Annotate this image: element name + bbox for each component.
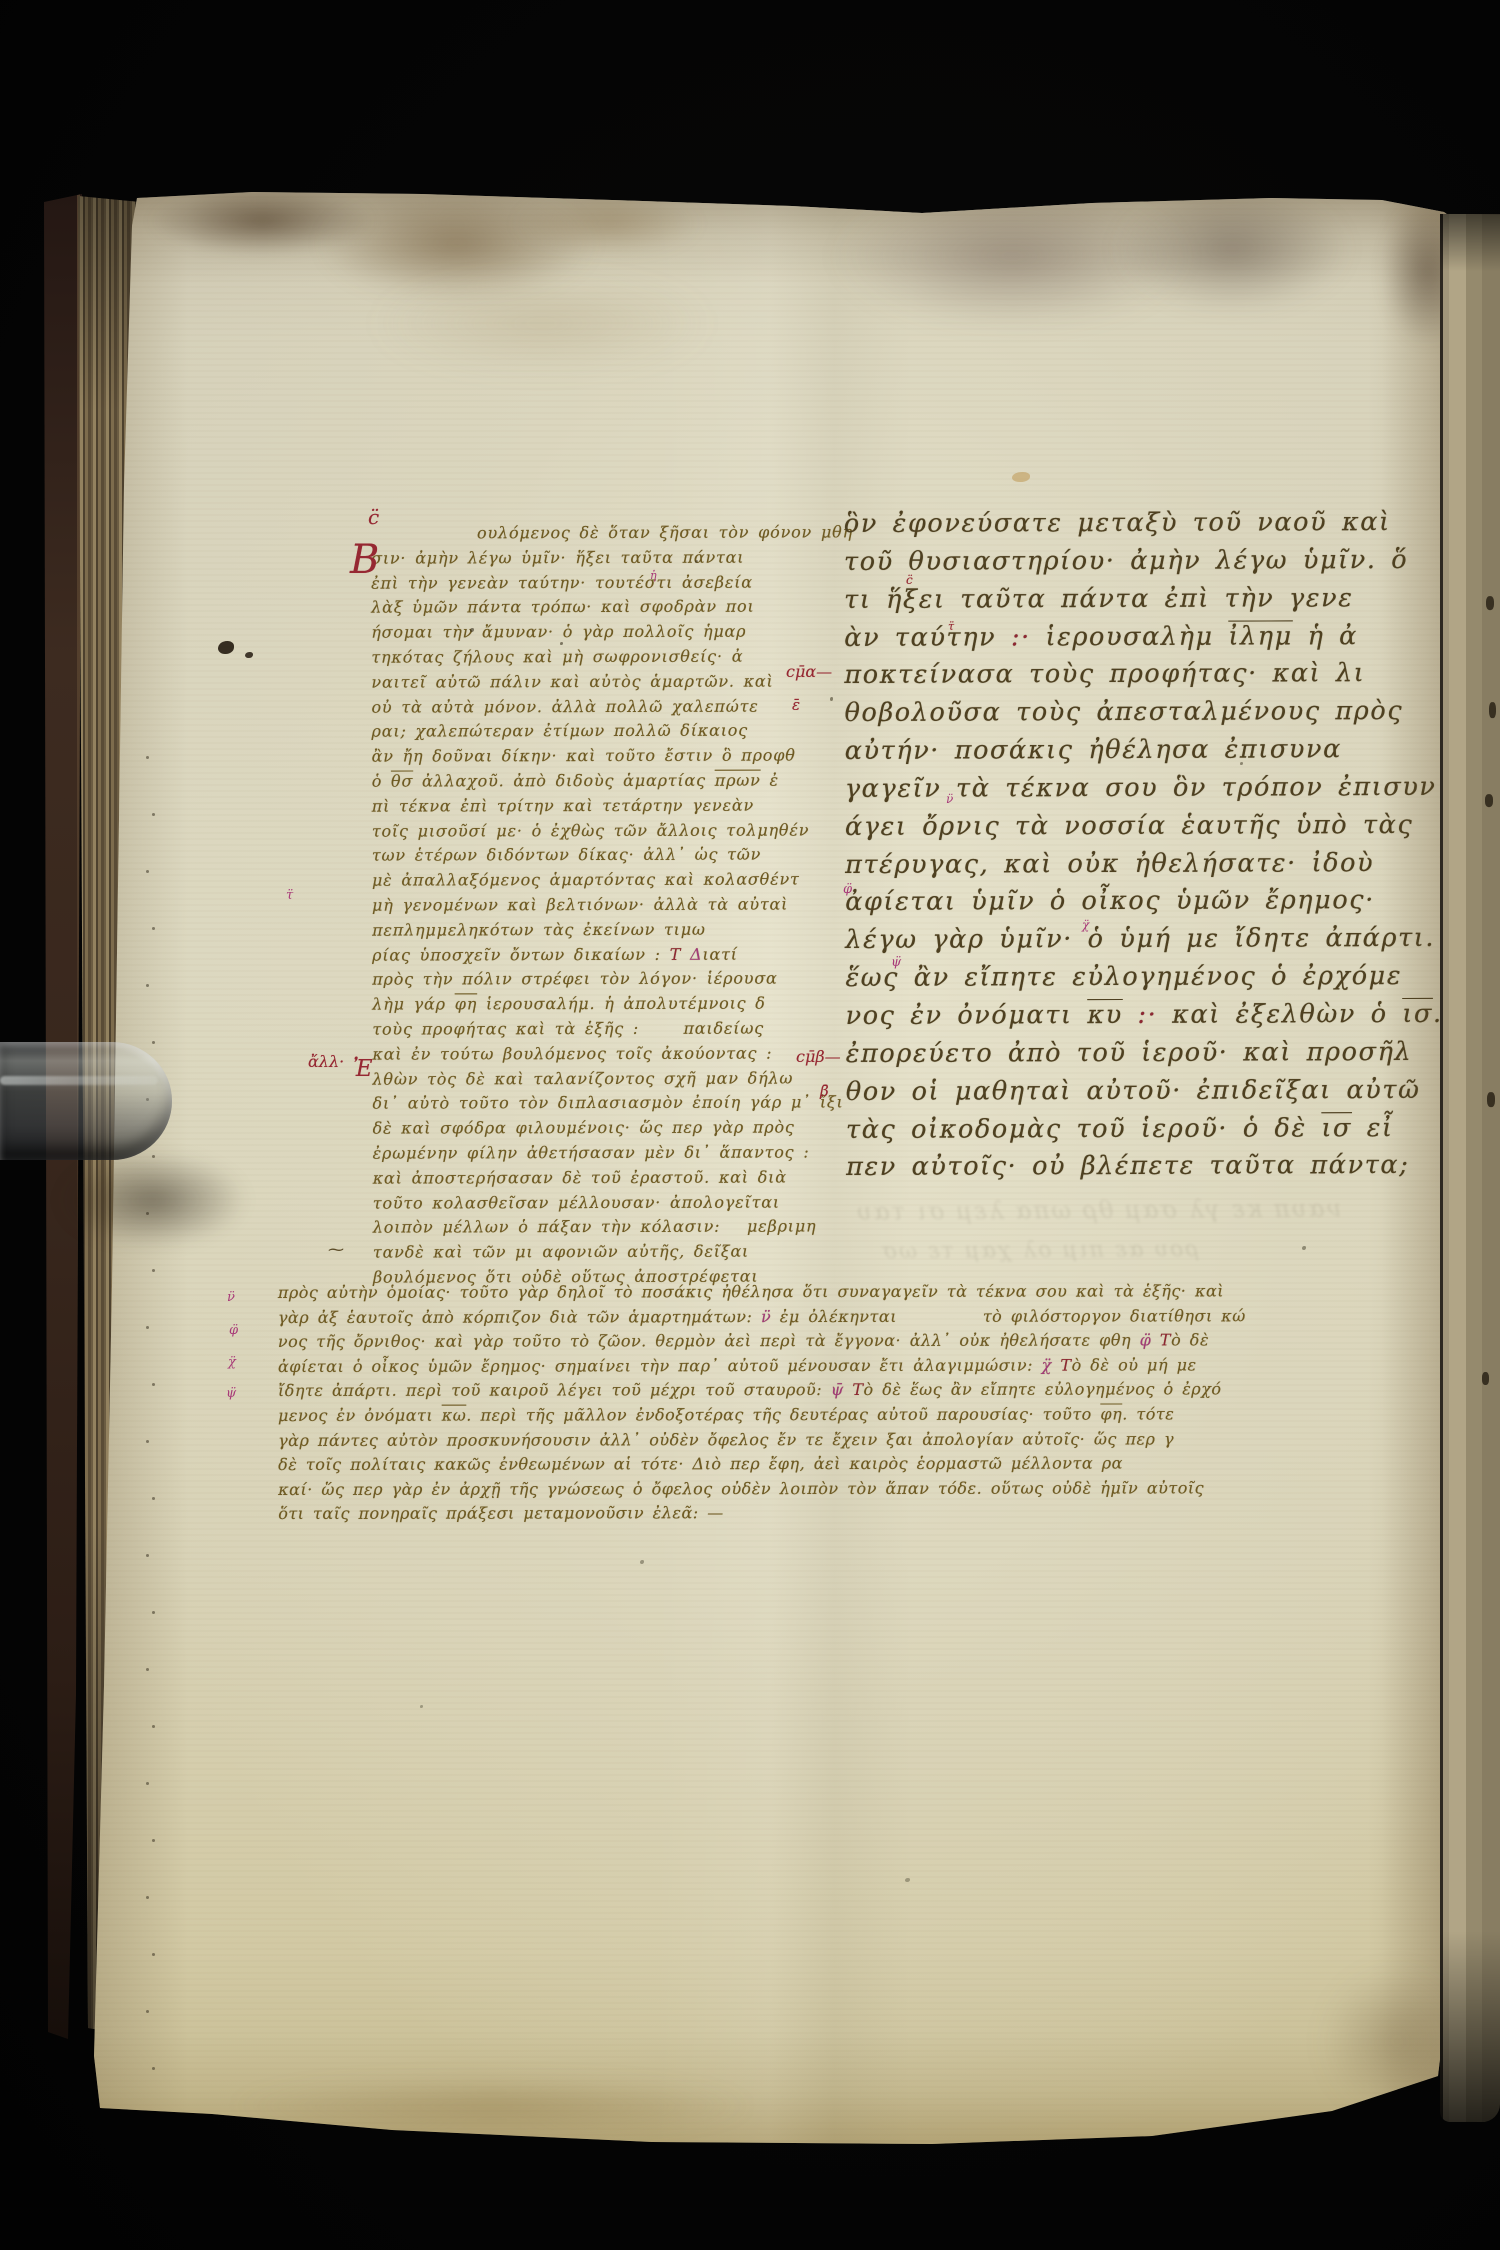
fore-edge-notch [1489, 702, 1496, 718]
rubric-marginal-note: ψ̈ [891, 955, 901, 970]
stain-bottom-edge [232, 2076, 752, 2136]
pricking-hole [146, 870, 149, 873]
fore-edge-notch [1487, 1092, 1495, 1107]
pricking-hole [146, 1668, 149, 1671]
manuscript-text-line: καὶ ἐν τούτω βουλόμενος τοῖς ἀκούοντας : [372, 1041, 842, 1067]
manuscript-text-line: καὶ ἀποστερήσασαν δὲ τοῦ ἐραστοῦ. καὶ δι… [373, 1165, 843, 1191]
gospel-text-column-right: ὃν ἐφονεύσατε μεταξὺ τοῦ ναοῦ καὶτοῦ θυσ… [844, 504, 1386, 1187]
manuscript-text-line: λὰξ ὑμῶν πάντα τρόπω· καὶ σφοδρὰν ποι [371, 595, 841, 621]
stain-top-right [832, 186, 1192, 326]
manuscript-text-line: ναιτεῖ αὐτῶ πάλιν καὶ αὐτὸς ἁμαρτῶν. καὶ [371, 669, 841, 695]
glass-rod-shadow [58, 1152, 248, 1248]
ink-bleedthrough-line: ρου αε πιμ ολ χαμ τε ωσ [880, 1237, 1198, 1264]
rubric-marginal-note: φ̈ [229, 1323, 238, 1338]
manuscript-text-line: τὰς οἰκοδομὰς τοῦ ἱεροῦ· ὁ δὲ ισ εἶ [846, 1110, 1386, 1150]
pricking-hole [152, 1041, 155, 1044]
manuscript-text-line: λέγω γὰρ ὑμῖν· ὁ ὑμή με ἴδητε ἀπάρτι. [845, 920, 1385, 960]
rubric-marginal-note: φ̈ [843, 882, 852, 897]
stain-top-right2 [1112, 186, 1352, 311]
stain-top-mid2 [512, 191, 702, 256]
pricking-hole [152, 1839, 155, 1842]
manuscript-text-line: πεπλημμεληκότων τὰς ἐκείνων τιμω [372, 917, 842, 943]
rubric-marginal-note: ⁓ [328, 1240, 344, 1259]
manuscript-text-line: ήσομαι τὴν ἄμυναν· ὁ γὰρ πολλοῖς ἡμαρ [371, 620, 841, 646]
manuscript-text-line: ἀφίεται ὁ οἶκος ὑμῶν ἔρημος· σημαίνει τὴ… [278, 1353, 1388, 1380]
pricking-hole [152, 1725, 155, 1728]
manuscript-text-line: τανδὲ καὶ τῶν μι αφονιῶν αὐτῆς, δεῖξαι [373, 1239, 843, 1265]
manuscript-text-line: νος ἐν ὀνόματι κυ :· καὶ ἐξελθὼν ὁ ισ. [846, 996, 1386, 1036]
manuscript-text-line: ὰν ταύτην :· ἱερουσαλὴμ ἰλημ ἡ ἀ [844, 618, 1384, 658]
manuscript-text-line: πτέρυγας, καὶ οὐκ ἠθελήσατε· ἰδοὺ [845, 845, 1385, 885]
manuscript-text-line: λὴμ γάρ φη ἱερουσαλήμ. ἡ ἀπολυτέμνοις δ [372, 992, 842, 1018]
manuscript-text-line: ἂν ἤη δοῦναι δίκην· καὶ τοῦτο ἔστιν ὃ πρ… [372, 744, 842, 770]
stain-top-left [147, 186, 377, 256]
manuscript-text-line: σιν· ἀμὴν λέγω ὑμῖν· ἥξει ταῦτα πάνται [371, 545, 841, 571]
manuscript-text-line: θον οἱ μαθηταὶ αὐτοῦ· ἐπιδεῖξαι αὐτῶ [846, 1072, 1386, 1112]
manuscript-text-line: τοῦτο κολασθεῖσαν μέλλουσαν· ἀπολογεῖται [373, 1190, 843, 1216]
manuscript-text-line: ὅτι ταῖς πονηραῖς πράξεσι μεταμονοῦσιν ἐ… [278, 1500, 1388, 1527]
manuscript-text-line: πρὸς τὴν πόλιν στρέφει τὸν λόγον· ἱέρουσ… [372, 967, 842, 993]
manuscript-text-line: οὐ τὰ αὐτὰ μόνον. ἀλλὰ πολλῶ χαλεπώτε [371, 694, 841, 720]
manuscript-text-line: τοὺς προφήτας καὶ τὰ ἑξῆς : παιδείως [372, 1016, 842, 1042]
pricking-hole [146, 1440, 149, 1443]
glass-weight-rod [0, 1042, 172, 1160]
manuscript-text-line: δὲ τοῖς πολίταις κακῶς ἐνθεωμένων αἱ τότ… [278, 1451, 1388, 1478]
pricking-hole [152, 1953, 155, 1956]
pricking-hole [152, 1611, 155, 1614]
manuscript-text-line: γὰρ ἀξ ἑαυτοῖς ἀπὸ κόρπιζον διὰ τῶν ἁμαρ… [278, 1304, 1388, 1331]
rubric-marginal-note: ϲμ̄α— [786, 662, 832, 681]
manuscript-text-line: μὴ γενομένων καὶ βελτιόνων· ἀλλὰ τὰ αὐτα… [372, 892, 842, 918]
rubric-marginal-note: ἄλλ· [308, 1052, 344, 1071]
manuscript-text-line: μὲ ἀπαλλαξόμενος ἁμαρτόντας καὶ κολασθέν… [372, 868, 842, 894]
pricking-hole [146, 1326, 149, 1329]
manuscript-text-line: καί· ὥς περ γὰρ ἐν ἀρχῇ τῆς γνώσεως ὁ ὄφ… [278, 1476, 1388, 1503]
rubric-marginal-note: Β [350, 537, 379, 583]
rubric-marginal-note: β̄ [820, 1082, 829, 1100]
pricking-hole [146, 2010, 149, 2013]
manuscript-text-line: πὶ τέκνα ἐπὶ τρίτην καὶ τετάρτην γενεὰν [372, 793, 842, 819]
pricking-hole [146, 756, 149, 759]
manuscript-text-line: ρίας ὑποσχεῖν ὄντων δικαίων : Τ Διατί [372, 942, 842, 968]
rubric-marginal-note: ν̈ [227, 1290, 235, 1305]
fore-edge-page-stack [1440, 214, 1500, 2122]
manuscript-text-line: ὁ θσ ἀλλαχοῦ. ἀπὸ διδοὺς ἁμαρτίας πρων ἐ [372, 768, 842, 794]
stain-top-mid [317, 186, 597, 301]
fore-edge-notch [1486, 596, 1494, 610]
manuscript-text-line: δὲ καὶ σφόδρα φιλουμένοις· ὥς περ γὰρ πρ… [373, 1116, 843, 1142]
manuscript-text-line: τοῖς μισοῦσί με· ὁ ἐχθὼς τῶν ἄλλοις τολμ… [372, 818, 842, 844]
manuscript-text-line: ἐπορεύετο ἀπὸ τοῦ ἱεροῦ· καὶ προσῆλ [846, 1034, 1386, 1074]
rubric-marginal-note: τ̈ [286, 888, 293, 903]
fore-edge-notch [1482, 1372, 1489, 1385]
pricking-hole [152, 813, 155, 816]
manuscript-text-line: νος τῆς ὄρνιθος· καὶ γὰρ τοῦτο τὸ ζῶον. … [278, 1328, 1388, 1355]
pricking-hole [152, 927, 155, 930]
manuscript-text-line: ἐρωμένην φίλην ἀθετήσασαν μὲν δι᾽ ἅπαντο… [373, 1140, 843, 1166]
pricking-hole [152, 2067, 155, 2070]
manuscript-text-line: θοβολοῦσα τοὺς ἀπεσταλμένους πρὸς [844, 693, 1384, 733]
rubric-marginal-note: ϲ̈ [368, 505, 379, 529]
manuscript-text-line: μενος ἐν ὀνόματι κω. περὶ τῆς μᾶλλον ἐνδ… [278, 1402, 1388, 1429]
rubric-marginal-note: ἠ [650, 569, 657, 582]
manuscript-text-line: τοῦ θυσιαστηρίου· ἀμὴν λέγω ὑμῖν. ὅ [844, 542, 1384, 582]
rubric-marginal-note: ν̈ [946, 792, 953, 806]
manuscript-text-line: πρὸς αὐτὴν ὁμοίας· τοῦτο γὰρ δηλοῖ τὸ πο… [278, 1279, 1388, 1306]
ink-bleedthrough-line: ναυπ κε γλ σαμ θρ ωπα λεμ σι ταυ [855, 1194, 1341, 1225]
manuscript-text-line: δι᾽ αὐτὸ τοῦτο τὸν διπλασιασμὸν ἐποίη γά… [372, 1091, 842, 1117]
manuscript-text-line: ὃν ἐφονεύσατε μεταξὺ τοῦ ναοῦ καὶ [844, 504, 1384, 544]
pricking-hole [152, 1497, 155, 1500]
rubric-marginal-note: χ̈ [1082, 918, 1089, 932]
manuscript-text-line: ἐπὶ τὴν γενεὰν ταύτην· τουτέστι ἀσεβεία [371, 570, 841, 596]
rubric-marginal-note: ϲ̈ [906, 573, 913, 587]
manuscript-text-line: ουλόμενος δὲ ὅταν ξῆσαι τὸν φόνον μθη [371, 520, 841, 546]
manuscript-text-line: γαγεῖν τὰ τέκνα σου ὃν τρόπον ἐπισυν [845, 769, 1385, 809]
rubric-marginal-note: ϲμ̄β— [796, 1047, 841, 1066]
manuscript-text-line: ἕως ἂν εἴπητε εὐλογημένος ὁ ἐρχόμε [845, 958, 1385, 998]
pricking-hole [146, 1554, 149, 1557]
pricking-hole [146, 1896, 149, 1899]
manuscript-text-line: ἴδητε ἀπάρτι. περὶ τοῦ καιροῦ λέγει τοῦ … [278, 1377, 1388, 1404]
commentary-block-bottom: πρὸς αὐτὴν ὁμοίας· τοῦτο γὰρ δηλοῖ τὸ πο… [278, 1279, 1388, 1527]
commentary-column-left: ουλόμενος δὲ ὅταν ξῆσαι τὸν φόνον μθησιν… [371, 520, 843, 1290]
pricking-hole [152, 1269, 155, 1272]
manuscript-text-line: πεν αὐτοῖς· οὐ βλέπετε ταῦτα πάντα; [846, 1147, 1386, 1187]
rubric-marginal-note: τ̈ [948, 620, 954, 633]
manuscript-text-line: λοιπὸν μέλλων ὁ πάξαν τὴν κόλασιν: μεβρι… [373, 1215, 843, 1241]
manuscript-text-line: των ἑτέρων διδόντων δίκας· ἀλλ᾽ ὡς τῶν [372, 843, 842, 869]
manuscript-text-line: ποκτείνασα τοὺς προφήτας· καὶ λι [844, 655, 1384, 695]
manuscript-text-line: άγει ὄρνις τὰ νοσσία ἑαυτῆς ὑπὸ τὰς [845, 807, 1385, 847]
manuscript-text-line: ἀφίεται ὑμῖν ὁ οἶκος ὑμῶν ἔρημος· [845, 882, 1385, 922]
fore-edge-notch [1485, 794, 1493, 807]
manuscript-photo-scene: ουλόμενος δὲ ὅταν ξῆσαι τὸν φόνον μθησιν… [0, 0, 1500, 2250]
stain-faint-band [372, 276, 712, 371]
rubric-marginal-note: ψ̈ [226, 1386, 236, 1401]
pricking-hole [152, 1383, 155, 1386]
manuscript-text-line: λθὼν τὸς δὲ καὶ ταλανίζοντος σχῆ μαν δήλ… [372, 1066, 842, 1092]
pricking-hole [146, 1782, 149, 1785]
manuscript-text-line: γὰρ πάντες αὐτὸν προσκυνήσουσιν ἀλλ᾽ οὐδ… [278, 1427, 1388, 1454]
rubric-marginal-note: χ̈ [228, 1355, 236, 1370]
manuscript-text-line: τηκότας ζήλους καὶ μὴ σωφρονισθείς· ἀ [371, 644, 841, 670]
rubric-marginal-note: ε̄ [792, 696, 800, 714]
manuscript-text-line: αὐτήν· ποσάκις ἠθέλησα ἐπισυνα [845, 731, 1385, 771]
manuscript-text-line: ραι; χαλεπώτεραν ἐτίμων πολλῶ δίκαιος [372, 719, 842, 745]
pricking-hole [146, 984, 149, 987]
manuscript-text-line: τι ἥξει ταῦτα πάντα ἐπὶ τὴν γενε [844, 580, 1384, 620]
rubric-marginal-note: Ἐ [353, 1056, 373, 1082]
